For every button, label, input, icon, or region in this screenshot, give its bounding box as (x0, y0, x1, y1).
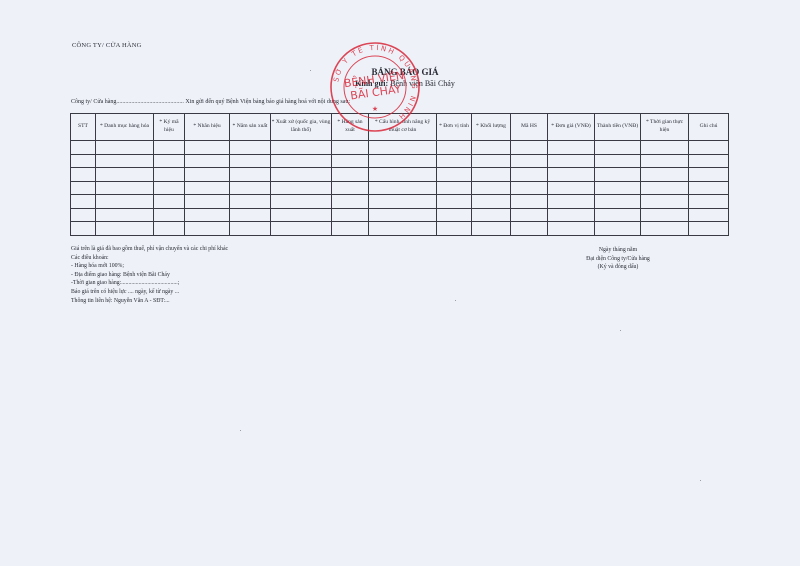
signature-date: Ngày tháng năm (570, 246, 666, 255)
column-header: * Năm sản xuất (230, 114, 271, 141)
column-header: * Ký mã hiệu (154, 114, 185, 141)
table-cell (271, 181, 332, 195)
table-cell (230, 168, 271, 182)
table-cell (332, 168, 369, 182)
table-cell (548, 195, 595, 209)
table-cell (472, 154, 511, 168)
table-cell (595, 141, 641, 155)
table-cell (71, 168, 96, 182)
table-cell (641, 168, 689, 182)
table-cell (185, 195, 230, 209)
note-line: - Hàng hóa mới 100%; (71, 262, 228, 271)
table-cell (369, 168, 437, 182)
table-cell (154, 222, 185, 236)
table-cell (689, 141, 729, 155)
table-cell (230, 222, 271, 236)
table-cell (71, 195, 96, 209)
table-cell (185, 208, 230, 222)
table-cell (641, 195, 689, 209)
table-cell (332, 222, 369, 236)
scan-speck (240, 430, 241, 431)
table-cell (511, 168, 548, 182)
table-cell (71, 222, 96, 236)
column-header: * Cấu hình, tính năng kỹ thuật cơ bản (369, 114, 437, 141)
table-row (71, 181, 729, 195)
note-line: Các điều khoản: (71, 254, 228, 263)
table-cell (472, 141, 511, 155)
table-cell (369, 208, 437, 222)
table-cell (71, 154, 96, 168)
table-cell (689, 195, 729, 209)
table-cell (332, 141, 369, 155)
table-cell (472, 181, 511, 195)
table-cell (154, 168, 185, 182)
table-cell (548, 208, 595, 222)
table-cell (641, 141, 689, 155)
table-cell (154, 154, 185, 168)
note-line: -Thời gian giao hàng:...................… (71, 279, 228, 288)
column-header: STT (71, 114, 96, 141)
table-cell (369, 222, 437, 236)
table-cell (548, 181, 595, 195)
table-cell (271, 222, 332, 236)
table-cell (511, 222, 548, 236)
signature-block: Ngày tháng năm Đại diện Công ty/Cửa hàng… (570, 246, 666, 272)
table-cell (369, 141, 437, 155)
table-header-row: STT* Danh mục hàng hóa* Ký mã hiệu* Nhãn… (71, 114, 729, 141)
table-cell (689, 222, 729, 236)
svg-text:★: ★ (372, 105, 378, 113)
table-cell (185, 181, 230, 195)
table-cell (185, 168, 230, 182)
table-cell (71, 208, 96, 222)
table-cell (96, 141, 154, 155)
table-cell (230, 195, 271, 209)
column-header: * Đơn vị tính (437, 114, 472, 141)
table-cell (595, 208, 641, 222)
scan-speck (310, 70, 311, 71)
company-label: CÔNG TY/ CỬA HÀNG (72, 42, 142, 49)
intro-line: Công ty/ Cửa hàng.......................… (71, 99, 350, 105)
table-cell (154, 181, 185, 195)
column-header: * Danh mục hàng hóa (96, 114, 154, 141)
table-cell (689, 208, 729, 222)
table-cell (271, 208, 332, 222)
quotation-document: CÔNG TY/ CỬA HÀNG BẢNG BÁO GIÁ Kính gửi:… (0, 0, 800, 566)
table-cell (511, 208, 548, 222)
table-cell (369, 181, 437, 195)
table-cell (511, 141, 548, 155)
table-cell (185, 154, 230, 168)
table-cell (71, 141, 96, 155)
table-cell (332, 181, 369, 195)
table-row (71, 168, 729, 182)
table-cell (271, 195, 332, 209)
table-cell (154, 195, 185, 209)
table-cell (641, 208, 689, 222)
table-cell (472, 208, 511, 222)
recipient-prefix: Kính gửi: (355, 79, 388, 88)
table-cell (511, 195, 548, 209)
terms-notes: Giá trên là giá đã bao gồm thuế, phí vận… (71, 245, 228, 305)
column-header: Mã HS (511, 114, 548, 141)
table-cell (689, 154, 729, 168)
table-cell (641, 222, 689, 236)
table-cell (595, 195, 641, 209)
scan-speck (700, 480, 701, 481)
note-line: - Địa điểm giao hàng: Bệnh viện Bãi Cháy (71, 271, 228, 280)
table-cell (548, 141, 595, 155)
table-cell (154, 208, 185, 222)
table-cell (271, 141, 332, 155)
table-cell (332, 195, 369, 209)
document-title: BẢNG BÁO GIÁ (340, 67, 470, 77)
column-header: Ghi chú (689, 114, 729, 141)
table-cell (332, 208, 369, 222)
table-cell (437, 154, 472, 168)
table-cell (641, 181, 689, 195)
table-cell (96, 208, 154, 222)
table-cell (369, 195, 437, 209)
signature-role: Đại diện Công ty/Cửa hàng (570, 255, 666, 264)
table-cell (271, 154, 332, 168)
column-header: * Thời gian thực hiện (641, 114, 689, 141)
table-row (71, 195, 729, 209)
column-header: * Khối lượng (472, 114, 511, 141)
column-header: Thành tiền (VNĐ) (595, 114, 641, 141)
table-cell (96, 168, 154, 182)
table-cell (437, 222, 472, 236)
table-cell (369, 154, 437, 168)
table-cell (472, 222, 511, 236)
table-cell (437, 208, 472, 222)
table-cell (437, 168, 472, 182)
table-cell (437, 141, 472, 155)
table-cell (154, 141, 185, 155)
recipient-line: Kính gửi: Bệnh viện Bãi Cháy (330, 79, 480, 88)
table-cell (230, 154, 271, 168)
column-header: * Xuất xứ (quốc gia, vùng lãnh thổ) (271, 114, 332, 141)
scan-speck (620, 330, 621, 331)
column-header: * Nhãn hiệu (185, 114, 230, 141)
column-header: * Hãng sản xuất (332, 114, 369, 141)
table-cell (689, 181, 729, 195)
note-line: Giá trên là giá đã bao gồm thuế, phí vận… (71, 245, 228, 254)
table-cell (96, 181, 154, 195)
table-cell (595, 222, 641, 236)
table-cell (96, 222, 154, 236)
table-row (71, 208, 729, 222)
note-line: Báo giá trên có hiệu lực .... ngày, kể t… (71, 288, 228, 297)
table-cell (472, 168, 511, 182)
table-cell (511, 181, 548, 195)
table-cell (548, 168, 595, 182)
table-cell (96, 154, 154, 168)
table-cell (437, 181, 472, 195)
recipient-name: Bệnh viện Bãi Cháy (390, 79, 455, 88)
table-cell (271, 168, 332, 182)
table-cell (185, 222, 230, 236)
table-body (71, 141, 729, 236)
table-cell (437, 195, 472, 209)
table-row (71, 222, 729, 236)
table-cell (511, 154, 548, 168)
note-line: Thông tin liên hệ: Nguyễn Văn A - SĐT:..… (71, 297, 228, 306)
quotation-table: STT* Danh mục hàng hóa* Ký mã hiệu* Nhãn… (70, 113, 729, 236)
table-cell (548, 154, 595, 168)
table-cell (71, 181, 96, 195)
table-cell (595, 168, 641, 182)
table-row (71, 154, 729, 168)
table-cell (185, 141, 230, 155)
scan-speck (455, 300, 456, 301)
signature-instruction: (Ký và đóng dấu) (570, 263, 666, 272)
table-cell (472, 195, 511, 209)
table-cell (689, 168, 729, 182)
table-cell (332, 154, 369, 168)
table-cell (595, 154, 641, 168)
table-cell (96, 195, 154, 209)
column-header: * Đơn giá (VNĐ) (548, 114, 595, 141)
table-cell (595, 181, 641, 195)
table-cell (230, 208, 271, 222)
table-cell (230, 141, 271, 155)
table-cell (230, 181, 271, 195)
table-cell (641, 154, 689, 168)
table-cell (548, 222, 595, 236)
table-row (71, 141, 729, 155)
